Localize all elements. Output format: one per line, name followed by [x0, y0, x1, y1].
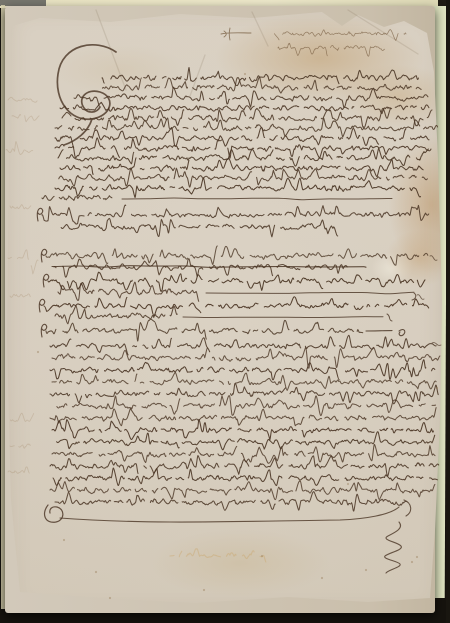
manuscript-scan: Scanned archive page: an early-modern Sp… [0, 0, 450, 623]
scan-right-edge [446, 0, 450, 623]
manuscript-leaf [0, 0, 450, 623]
